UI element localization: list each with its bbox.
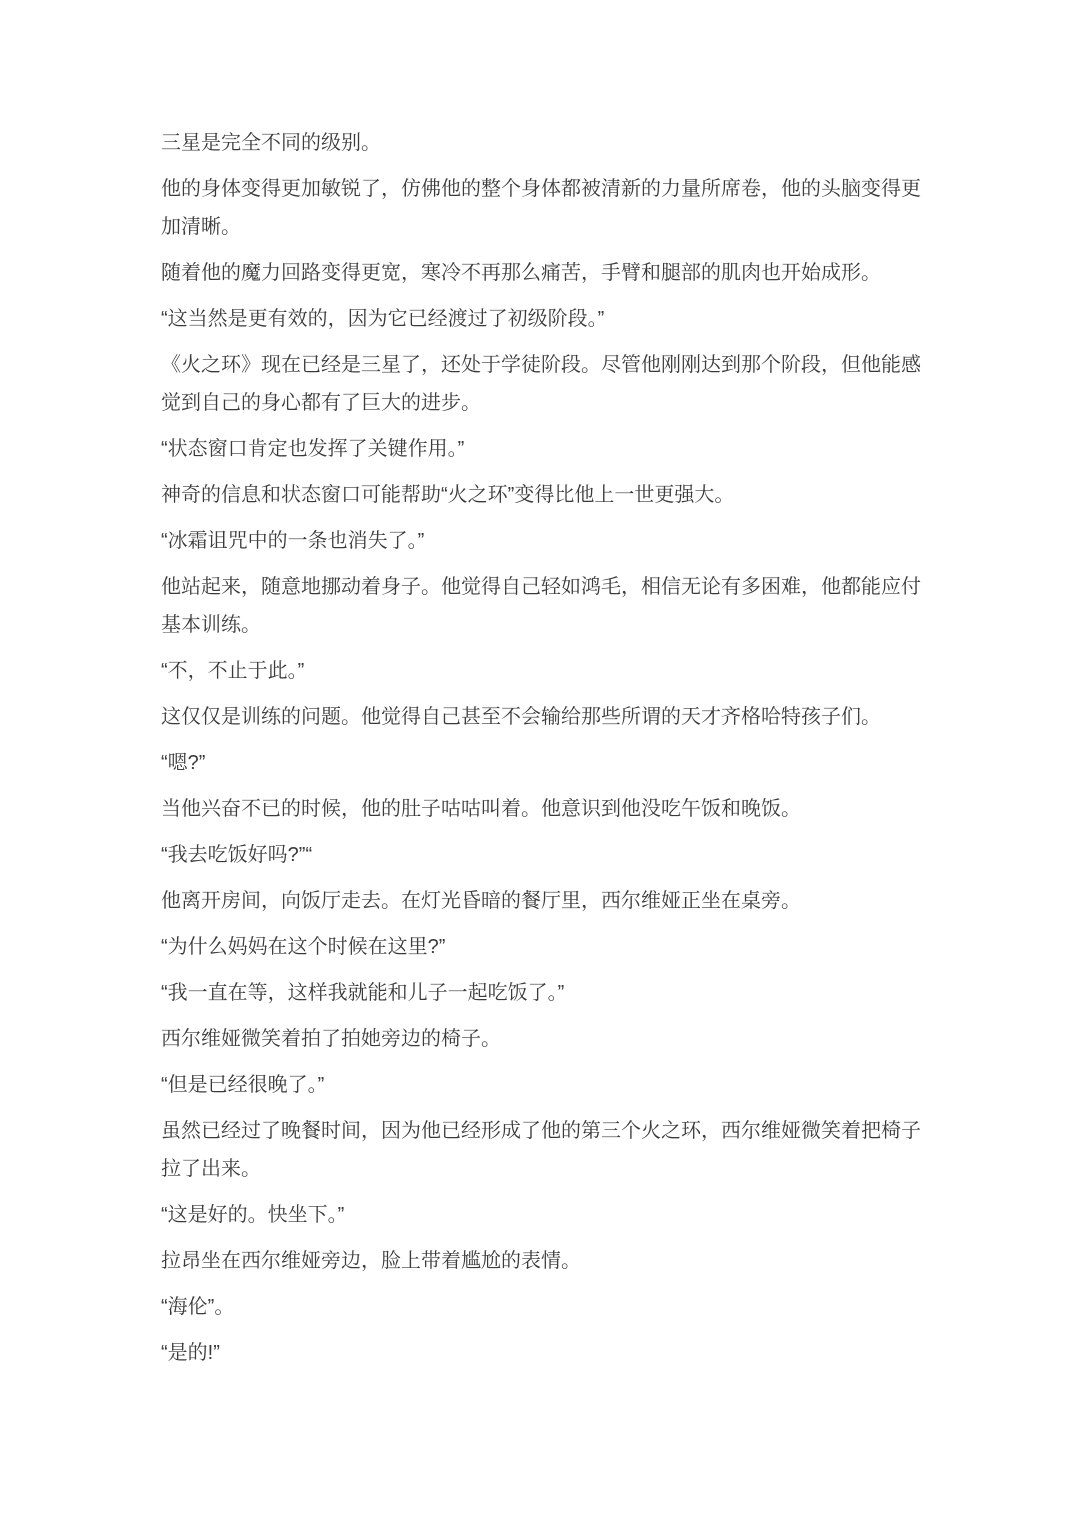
paragraph: “海伦”。 xyxy=(161,1288,925,1326)
paragraph: “这是好的。快坐下。” xyxy=(161,1196,925,1234)
paragraph: “为什么妈妈在这个时候在这里?” xyxy=(161,928,925,966)
paragraph: “这当然是更有效的，因为它已经渡过了初级阶段。” xyxy=(161,300,925,338)
paragraph: “我去吃饭好吗?”“ xyxy=(161,836,925,874)
paragraph: 三星是完全不同的级别。 xyxy=(161,124,925,162)
paragraph: 这仅仅是训练的问题。他觉得自己甚至不会输给那些所谓的天才齐格哈特孩子们。 xyxy=(161,698,925,736)
document-content: 三星是完全不同的级别。 他的身体变得更加敏锐了，仿佛他的整个身体都被清新的力量所… xyxy=(161,124,925,1372)
paragraph: 虽然已经过了晚餐时间，因为他已经形成了他的第三个火之环，西尔维娅微笑着把椅子拉了… xyxy=(161,1112,925,1188)
paragraph: 西尔维娅微笑着拍了拍她旁边的椅子。 xyxy=(161,1020,925,1058)
paragraph: “但是已经很晚了。” xyxy=(161,1066,925,1104)
paragraph: “状态窗口肯定也发挥了关键作用。” xyxy=(161,430,925,468)
paragraph: 他的身体变得更加敏锐了，仿佛他的整个身体都被清新的力量所席卷，他的头脑变得更加清… xyxy=(161,170,925,246)
paragraph: 当他兴奋不已的时候，他的肚子咕咕叫着。他意识到他没吃午饭和晚饭。 xyxy=(161,790,925,828)
document-page: 三星是完全不同的级别。 他的身体变得更加敏锐了，仿佛他的整个身体都被清新的力量所… xyxy=(0,0,1074,1519)
paragraph: 随着他的魔力回路变得更宽，寒冷不再那么痛苦，手臂和腿部的肌肉也开始成形。 xyxy=(161,254,925,292)
paragraph: “是的!” xyxy=(161,1334,925,1372)
paragraph: 神奇的信息和状态窗口可能帮助“火之环”变得比他上一世更强大。 xyxy=(161,476,925,514)
paragraph: “嗯?” xyxy=(161,744,925,782)
paragraph: “我一直在等，这样我就能和儿子一起吃饭了。” xyxy=(161,974,925,1012)
paragraph: 《火之环》现在已经是三星了，还处于学徒阶段。尽管他刚刚达到那个阶段，但他能感觉到… xyxy=(161,346,925,422)
paragraph: “不，不止于此。” xyxy=(161,652,925,690)
paragraph: 他离开房间，向饭厅走去。在灯光昏暗的餐厅里，西尔维娅正坐在桌旁。 xyxy=(161,882,925,920)
paragraph: 他站起来，随意地挪动着身子。他觉得自己轻如鸿毛，相信无论有多困难，他都能应付基本… xyxy=(161,568,925,644)
paragraph: 拉昂坐在西尔维娅旁边，脸上带着尴尬的表情。 xyxy=(161,1242,925,1280)
paragraph: “冰霜诅咒中的一条也消失了。” xyxy=(161,522,925,560)
